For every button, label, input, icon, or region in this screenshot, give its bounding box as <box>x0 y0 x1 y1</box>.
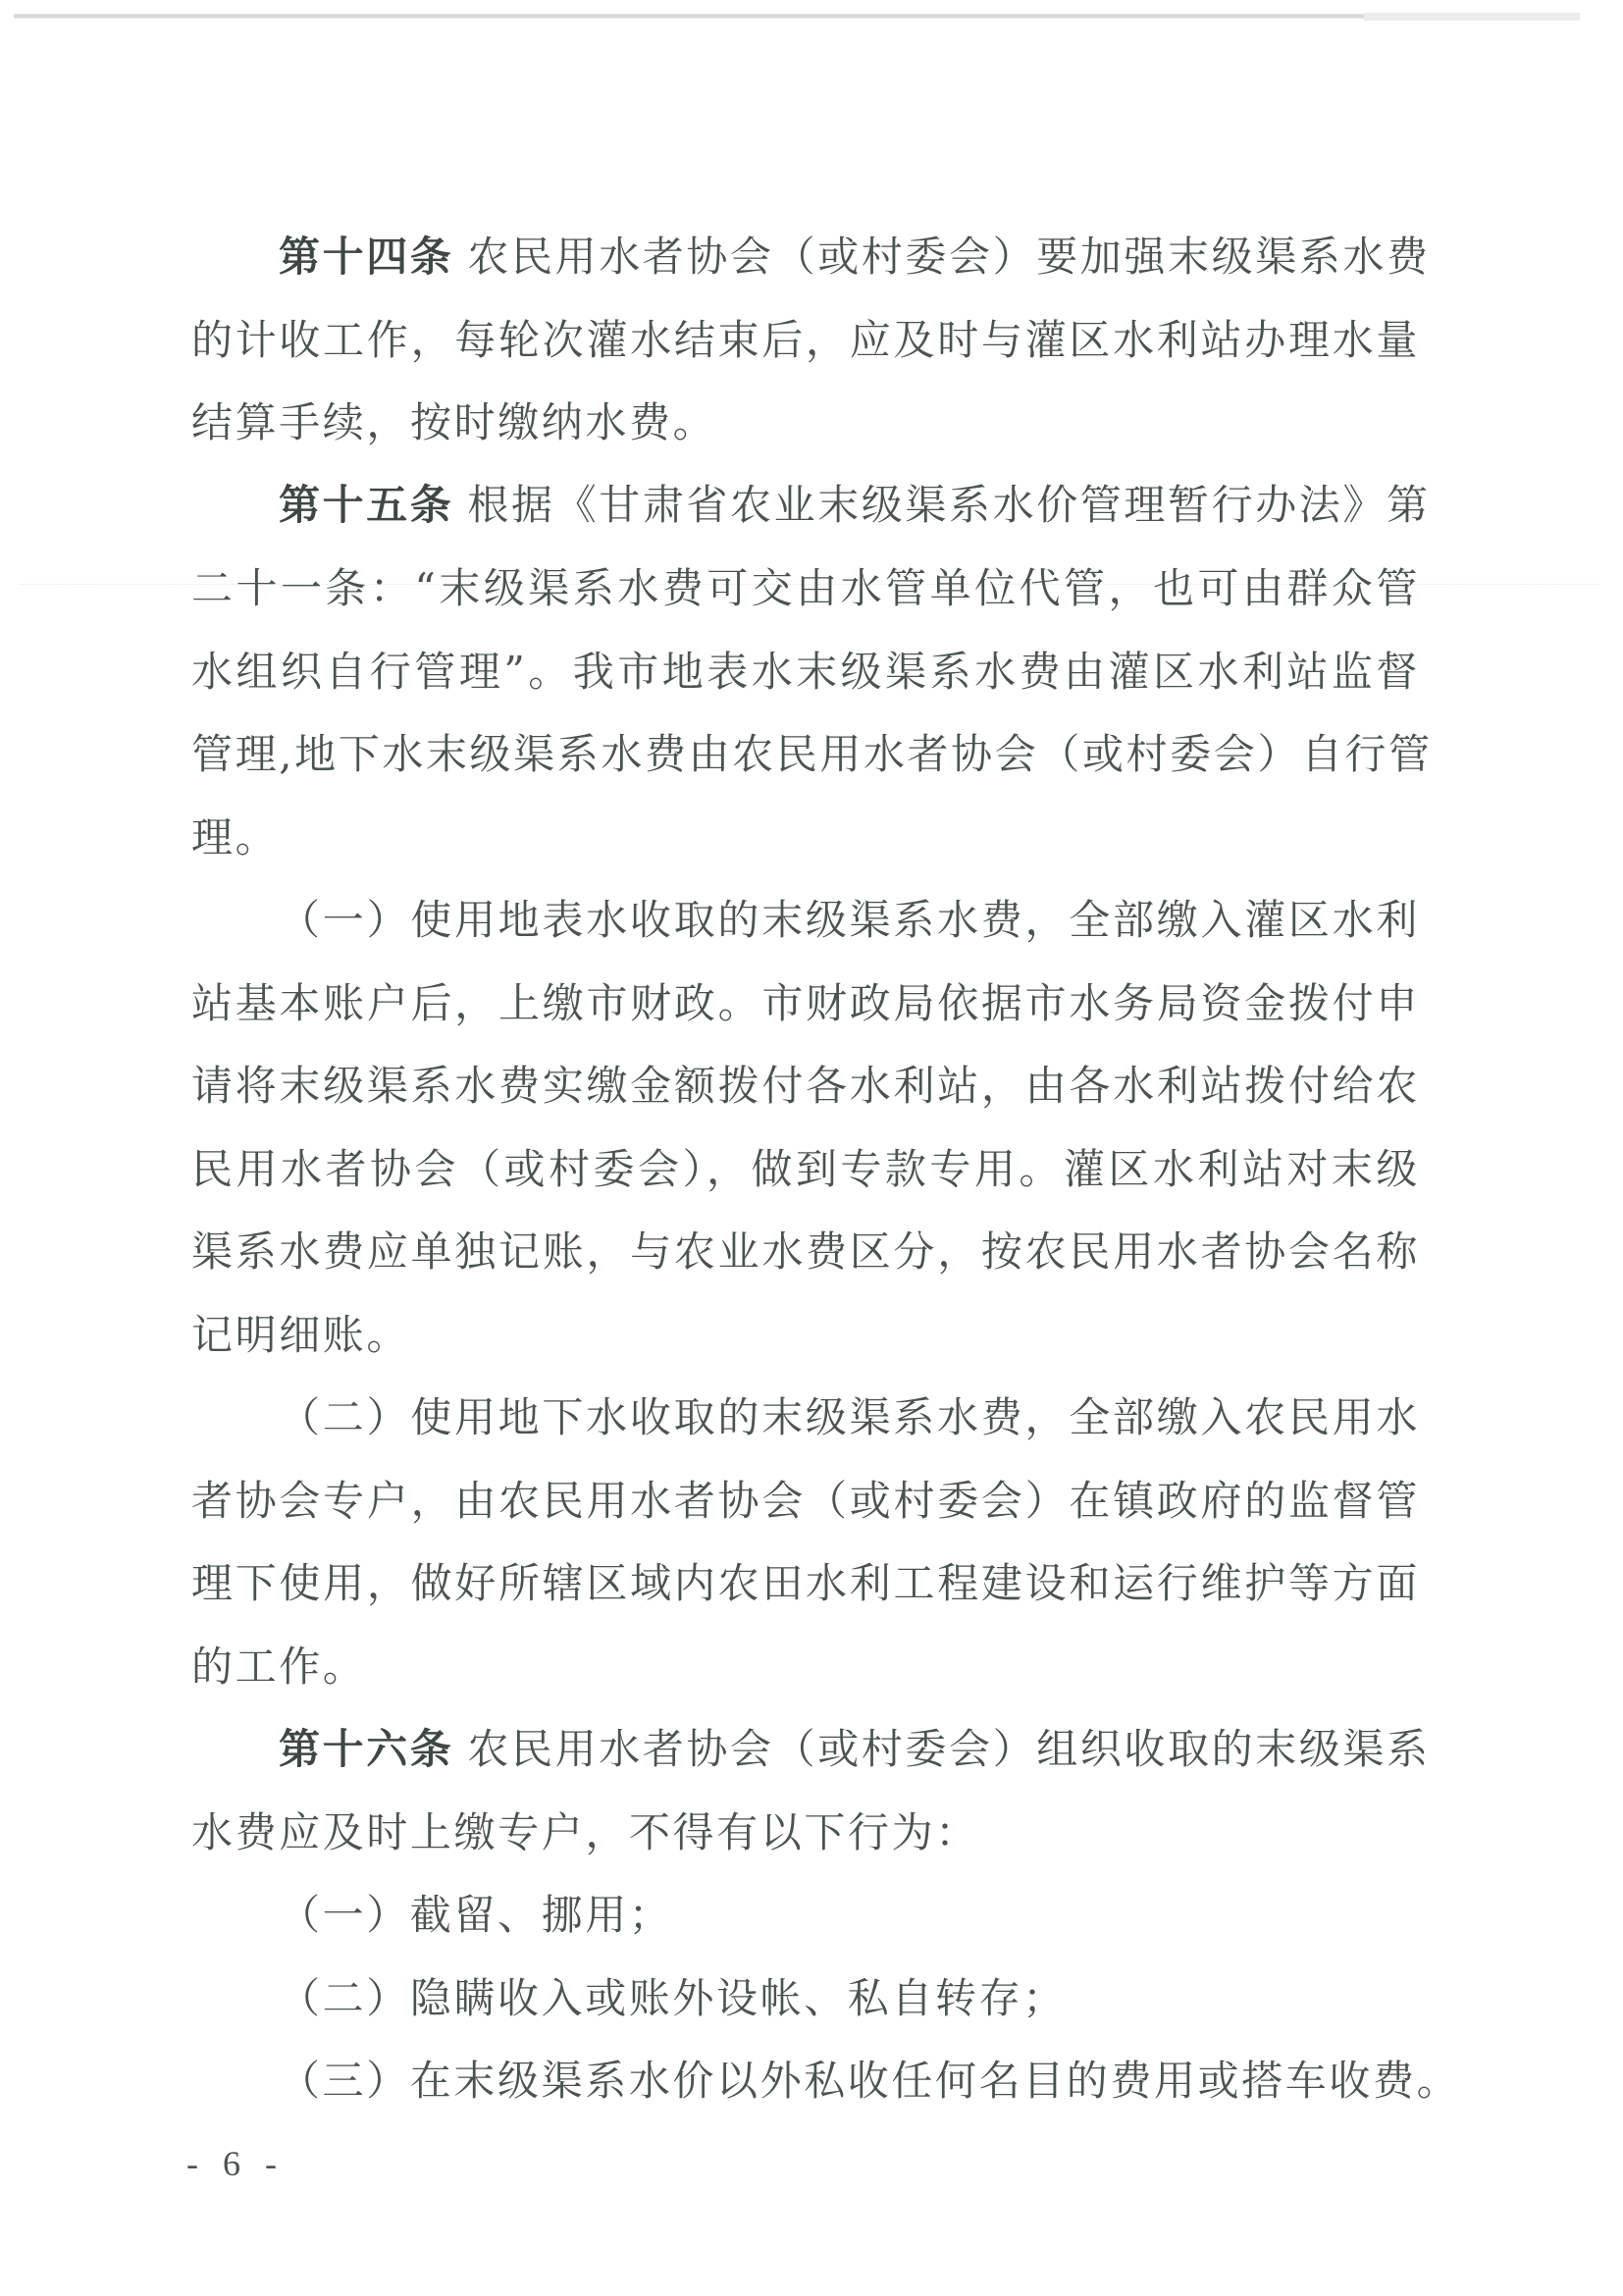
item-groundwater-line-1: （二）使用地下水收取的末级渠系水费，全部缴入农民用水 <box>279 1393 1420 1442</box>
article-14-line-2: 的计收工作，每轮次灌水结束后，应及时与灌区水利站办理水量 <box>191 316 1420 365</box>
item-surface-water-line-4: 民用水者协会（或村委会），做到专款专用。灌区水利站对末级 <box>191 1145 1420 1194</box>
article-14-line-3: 结算手续，按时缴纳水费。 <box>191 398 716 447</box>
article-16-line-2: 水费应及时上缴专户，不得有以下行为： <box>191 1808 979 1857</box>
prohibited-item-2: （二）隐瞒收入或账外设帐、私自转存； <box>279 1974 1067 2023</box>
article-text: 农民用水者协会（或村委会）要加强末级渠系水费 <box>467 233 1430 281</box>
article-15-line-2: 二十一条：“末级渠系水费可交由水管单位代管，也可由群众管 <box>191 564 1420 613</box>
item-groundwater-line-3: 理下使用，做好所辖区域内农田水利工程建设和运行维护等方面 <box>191 1559 1420 1608</box>
article-15-line-1: 第十五条根据《甘肃省农业末级渠系水价管理暂行办法》第 <box>279 481 1420 530</box>
prohibited-item-3: （三）在末级渠系水价以外私收任何名目的费用或搭车收费。 <box>279 2057 1460 2106</box>
item-groundwater-line-2: 者协会专户，由农民用水者协会（或村委会）在镇政府的监督管 <box>191 1477 1420 1526</box>
article-15-line-4: 管理,地下水末级渠系水费由农民用水者协会（或村委会）自行管 <box>191 730 1420 779</box>
article-14-line-1: 第十四条农民用水者协会（或村委会）要加强末级渠系水费 <box>279 233 1420 282</box>
article-text: 根据《甘肃省农业末级渠系水价管理暂行办法》第 <box>467 481 1430 529</box>
prohibited-item-1: （一）截留、挪用； <box>279 1891 672 1940</box>
item-surface-water-line-6: 记明细账。 <box>191 1311 410 1360</box>
page-number: - 6 - <box>186 2139 285 2188</box>
scan-top-edge <box>14 14 1580 19</box>
article-15-line-5: 理。 <box>191 813 279 862</box>
article-16-line-1: 第十六条农民用水者协会（或村委会）组织收取的末级渠系 <box>279 1725 1420 1774</box>
article-heading: 第十六条 <box>279 1725 453 1773</box>
item-groundwater-line-4: 的工作。 <box>191 1643 366 1692</box>
article-heading: 第十四条 <box>279 233 453 281</box>
article-heading: 第十五条 <box>279 481 453 529</box>
article-15-line-3: 水组织自行管理”。我市地表水末级渠系水费由灌区水利站监督 <box>191 648 1420 697</box>
item-surface-water-line-5: 渠系水费应单独记账，与农业水费区分，按农民用水者协会名称 <box>191 1227 1420 1277</box>
item-surface-water-line-3: 请将末级渠系水费实缴金额拨付各水利站，由各水利站拨付给农 <box>191 1062 1420 1111</box>
item-surface-water-line-2: 站基本账户后，上缴市财政。市财政局依据市水务局资金拨付申 <box>191 979 1420 1028</box>
article-text: 农民用水者协会（或村委会）组织收取的末级渠系 <box>467 1725 1430 1773</box>
item-surface-water-line-1: （一）使用地表水收取的末级渠系水费，全部缴入灌区水利 <box>279 896 1420 945</box>
